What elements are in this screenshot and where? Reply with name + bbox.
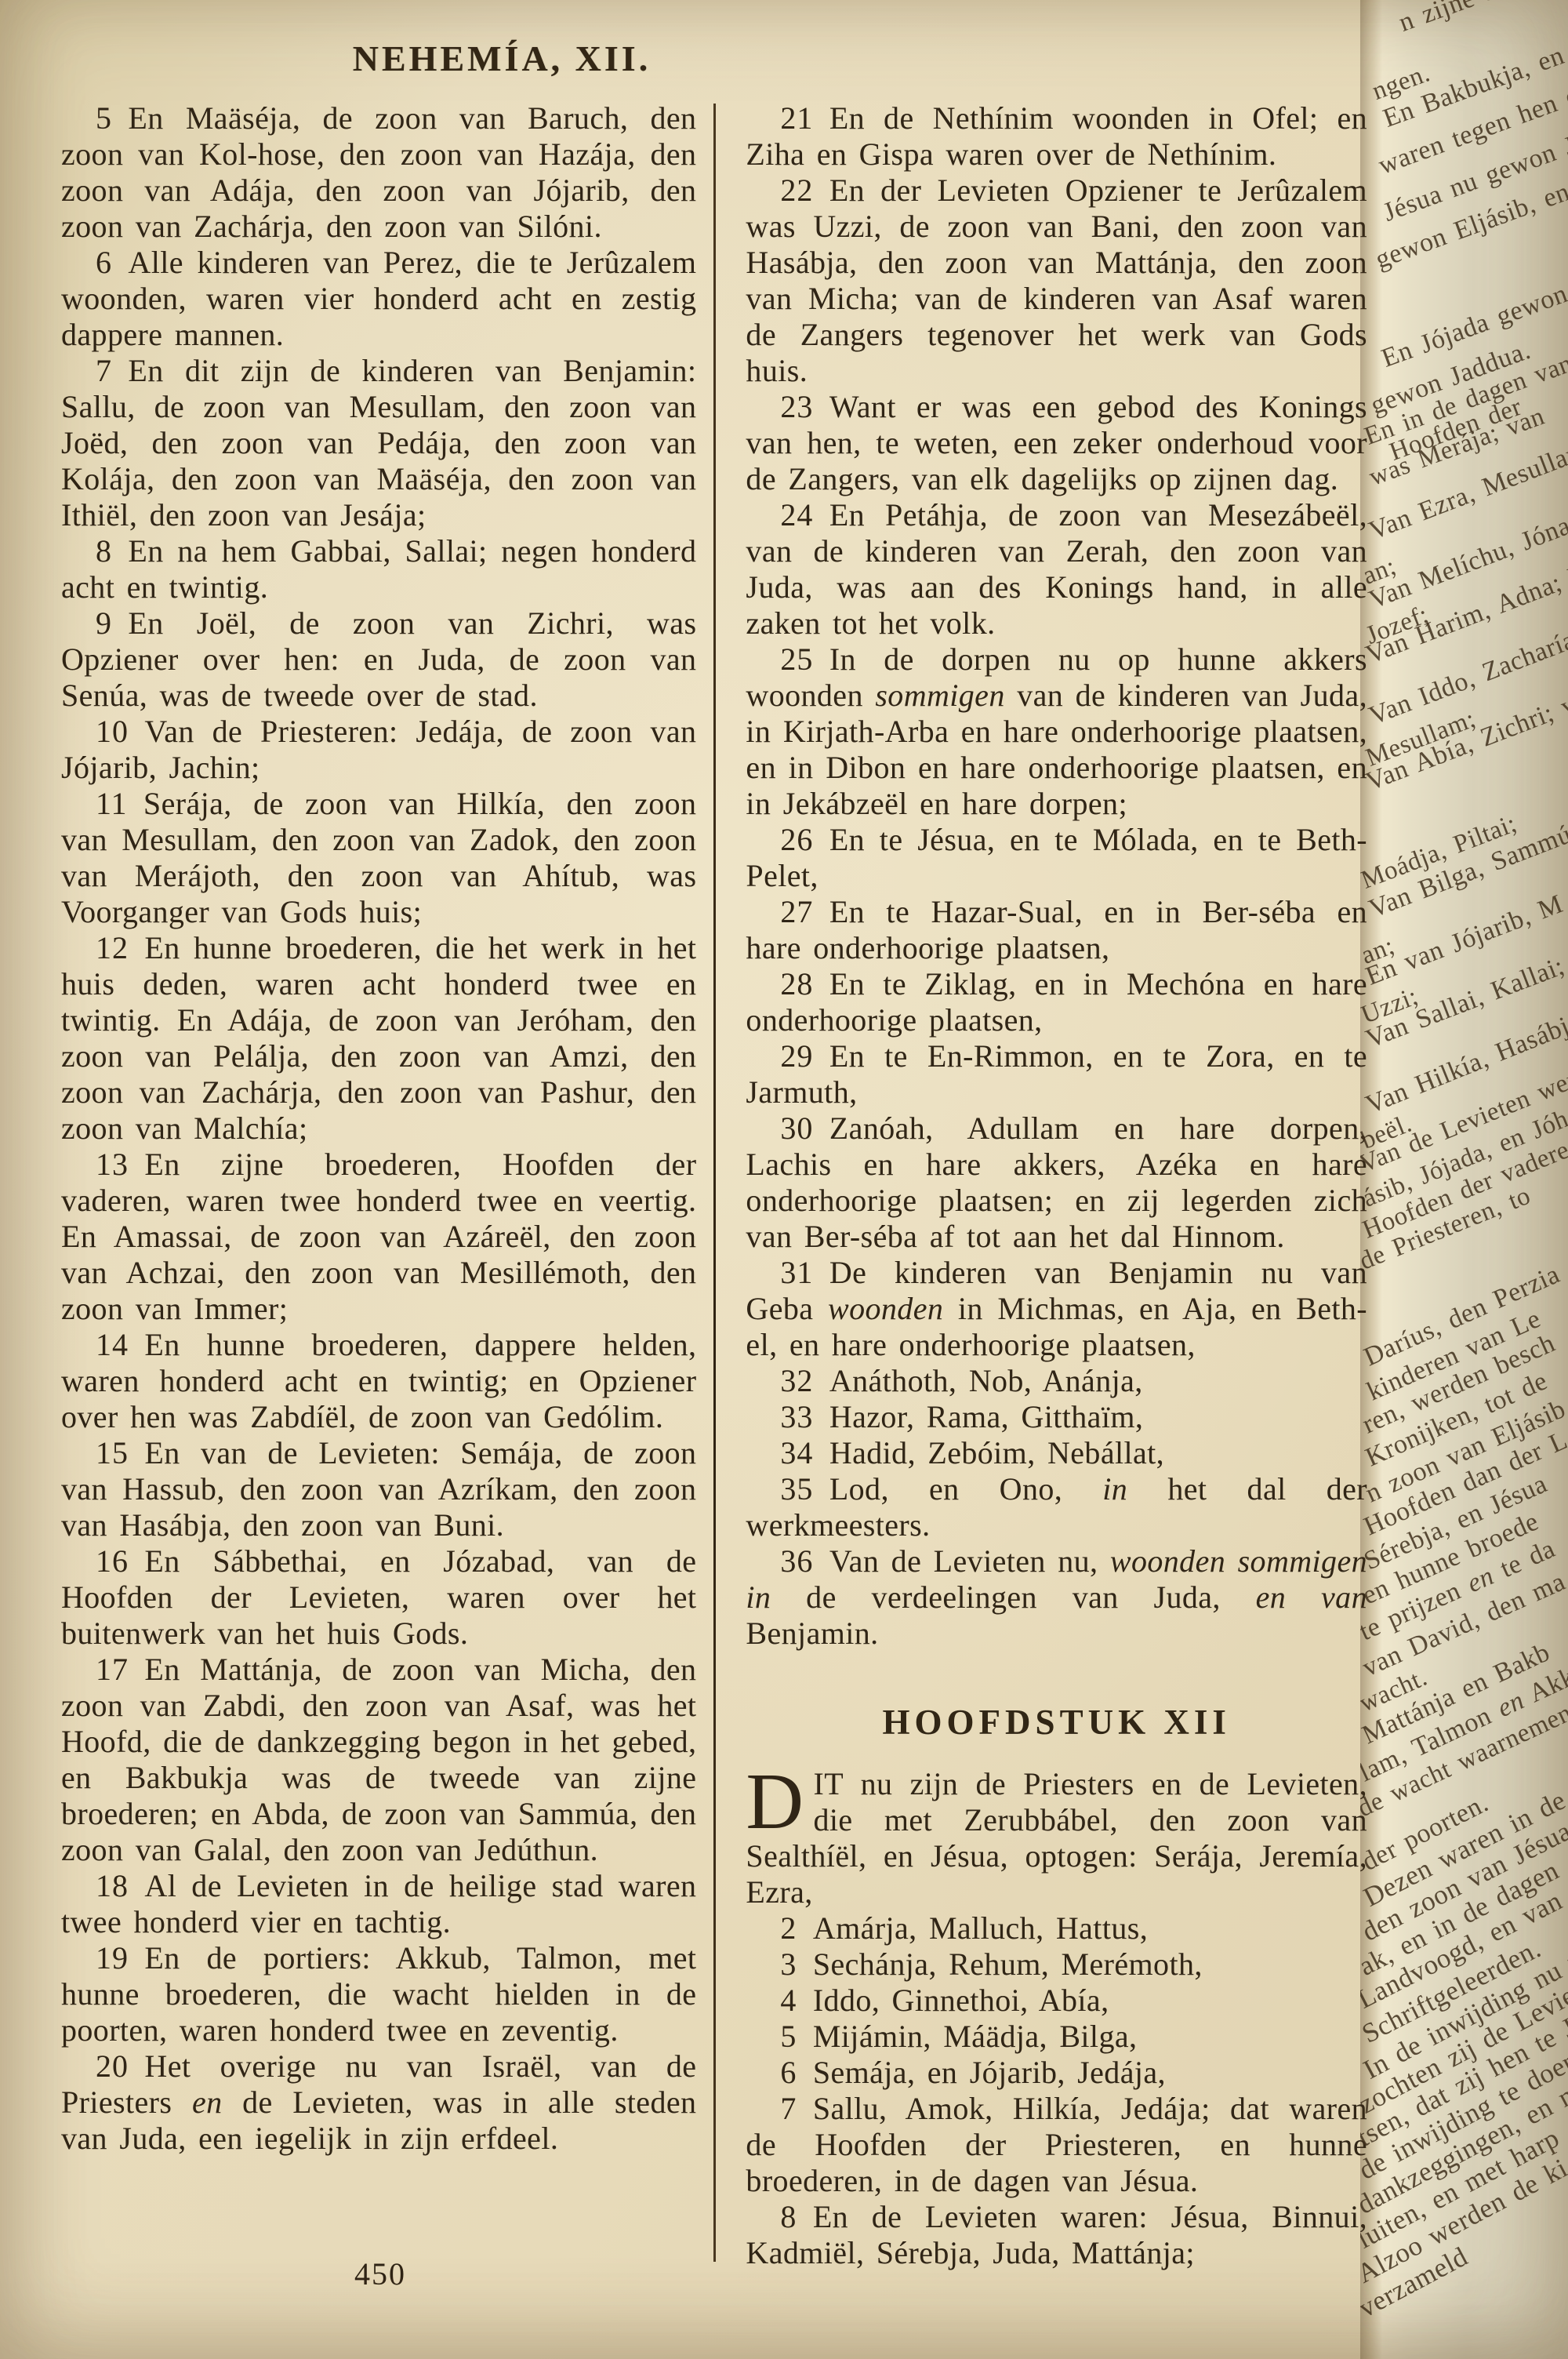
verse-number: 6 [780, 2055, 797, 2090]
verse-number: 8 [96, 533, 112, 569]
verse-number: 3 [780, 1946, 797, 1982]
verse: 25 In de dorpen nu op hunne akkers woond… [746, 642, 1367, 822]
verse-number: 27 [780, 894, 813, 929]
verse-number: 33 [780, 1399, 813, 1434]
verse-number: 20 [96, 2048, 129, 2084]
right-column-verses: 21 En de Nethínim woonden in Ofel; en Zi… [746, 100, 1367, 1652]
verse: 28 En te Ziklag, en in Mechóna en hare o… [746, 966, 1367, 1038]
page-number: 450 [302, 2255, 459, 2292]
verse-number: 29 [780, 1038, 813, 1074]
verse: 7 En dit zijn de kinderen van Benjamin: … [61, 353, 696, 533]
verse-number: 5 [96, 100, 112, 136]
verse: 26 En te Jésua, en te Mólada, en te Beth… [746, 822, 1367, 894]
verse-number: 9 [96, 605, 112, 641]
verse-number: 13 [96, 1147, 129, 1182]
verse: 33 Hazor, Rama, Gitthaïm, [746, 1399, 1367, 1435]
chapter-intro-text: IT nu zijn de Priesters en de Levieten, … [746, 1766, 1367, 1910]
verse-number: 18 [96, 1868, 129, 1903]
verse-number: 24 [780, 497, 813, 533]
verse: 31 De kinderen van Benjamin nu van Geba … [746, 1255, 1367, 1363]
verse: 8 En de Levieten waren: Jésua, Binnui, K… [746, 2199, 1367, 2271]
verse-number: 11 [96, 786, 128, 821]
verse: 20 Het overige nu van Israël, van de Pri… [61, 2048, 696, 2157]
verse-number: 17 [96, 1652, 129, 1687]
curl-text-fragment: n zijne broederen waren [1396, 0, 1568, 38]
verse: 24 En Petáhja, de zoon van Mesezábeël, v… [746, 497, 1367, 642]
chapter-verses: 2 Amárja, Malluch, Hattus,3 Sechánja, Re… [746, 1910, 1367, 2271]
verse-number: 4 [780, 1983, 797, 2018]
verse: 30 Zanóah, Adullam en hare dorpen, Lachi… [746, 1110, 1367, 1255]
verse-number: 2 [780, 1910, 797, 1946]
verse: 18 Al de Levieten in de heilige stad war… [61, 1868, 696, 1940]
verse-number: 31 [780, 1255, 813, 1290]
verse: 11 Serája, de zoon van Hilkía, den zoon … [61, 786, 696, 930]
verse-number: 12 [96, 930, 129, 965]
verse-number: 35 [780, 1471, 813, 1507]
verse-number: 19 [96, 1940, 129, 1976]
verse: 6 Alle kinderen van Perez, die te Jerûza… [61, 245, 696, 353]
verse: 19 En de portiers: Akkub, Talmon, met hu… [61, 1940, 696, 2048]
verse: 10 Van de Priesteren: Jedája, de zoon va… [61, 714, 696, 786]
verse: 22 En der Levieten Opziener te Jerûzalem… [746, 173, 1367, 389]
verse: 35 Lod, en Ono, in het dal der werkmeest… [746, 1471, 1367, 1543]
verse: 29 En te En-Rimmon, en te Zora, en te Ja… [746, 1038, 1367, 1110]
verse-number: 32 [780, 1363, 813, 1398]
verse-number: 30 [780, 1110, 813, 1146]
verse-number: 23 [780, 389, 813, 424]
chapter-heading: HOOFDSTUK XII [746, 1702, 1367, 1743]
verse-number: 8 [780, 2199, 797, 2234]
verse-number: 5 [780, 2019, 797, 2054]
page-curl: n zijne broederen warenngen.En Bakbukja,… [1360, 0, 1568, 2359]
verse-number: 25 [780, 642, 813, 677]
book-page: NEHEMÍA, XII. 5 En Maäséja, de zoon van … [0, 0, 1568, 2359]
verse-number: 21 [780, 100, 813, 136]
verse-number: 36 [780, 1543, 813, 1579]
verse: 6 Semája, en Jójarib, Jedája, [746, 2055, 1367, 2091]
verse-number: 16 [96, 1543, 129, 1579]
verse: 5 Mijámin, Máädja, Bilga, [746, 2019, 1367, 2055]
verse: 12 En hunne broederen, die het werk in h… [61, 930, 696, 1147]
left-column: 5 En Maäséja, de zoon van Baruch, den zo… [61, 100, 696, 2157]
chapter-intro-verse: DIT nu zijn de Priesters en de Levieten,… [746, 1766, 1367, 1910]
verse-number: 28 [780, 966, 813, 1001]
verse-number: 7 [780, 2091, 797, 2126]
text-columns: 5 En Maäséja, de zoon van Baruch, den zo… [61, 100, 1367, 2271]
verse-number: 15 [96, 1435, 129, 1470]
verse: 32 Anáthoth, Nob, Anánja, [746, 1363, 1367, 1399]
verse-number: 6 [96, 245, 112, 280]
verse: 7 Sallu, Amok, Hilkía, Jedája; dat waren… [746, 2091, 1367, 2199]
verse: 9 En Joël, de zoon van Zichri, was Opzie… [61, 605, 696, 714]
verse: 13 En zijne broederen, Hoofden der vader… [61, 1147, 696, 1327]
verse-number: 14 [96, 1327, 129, 1362]
running-header: NEHEMÍA, XII. [0, 38, 1004, 79]
verse: 5 En Maäséja, de zoon van Baruch, den zo… [61, 100, 696, 245]
verse-number: 34 [780, 1435, 813, 1470]
verse: 8 En na hem Gabbai, Sallai; negen honder… [61, 533, 696, 605]
verse: 2 Amárja, Malluch, Hattus, [746, 1910, 1367, 1946]
verse: 36 Van de Levieten nu, woonden sommigen … [746, 1543, 1367, 1652]
verse: 3 Sechánja, Rehum, Merémoth, [746, 1946, 1367, 1983]
verse: 17 En Mattánja, de zoon van Micha, den z… [61, 1652, 696, 1868]
verse: 16 En Sábbethai, en Józabad, van de Hoof… [61, 1543, 696, 1652]
verse-number: 22 [780, 173, 813, 208]
verse: 21 En de Nethínim woonden in Ofel; en Zi… [746, 100, 1367, 173]
verse: 23 Want er was een gebod des Konings van… [746, 389, 1367, 497]
verse-number: 26 [780, 822, 813, 857]
verse: 4 Iddo, Ginnethoi, Abía, [746, 1983, 1367, 2019]
verse: 15 En van de Levieten: Semája, de zoon v… [61, 1435, 696, 1543]
verse: 27 En te Hazar-Sual, en in Ber-séba en h… [746, 894, 1367, 966]
verse: 34 Hadid, Zebóim, Nebállat, [746, 1435, 1367, 1471]
verse: 14 En hunne broederen, dappere helden, w… [61, 1327, 696, 1435]
column-divider-rule [713, 104, 716, 2262]
right-column: 21 En de Nethínim woonden in Ofel; en Zi… [746, 100, 1367, 2271]
verse-number: 7 [96, 353, 112, 388]
drop-cap: D [746, 1766, 813, 1834]
verse-number: 10 [96, 714, 129, 749]
